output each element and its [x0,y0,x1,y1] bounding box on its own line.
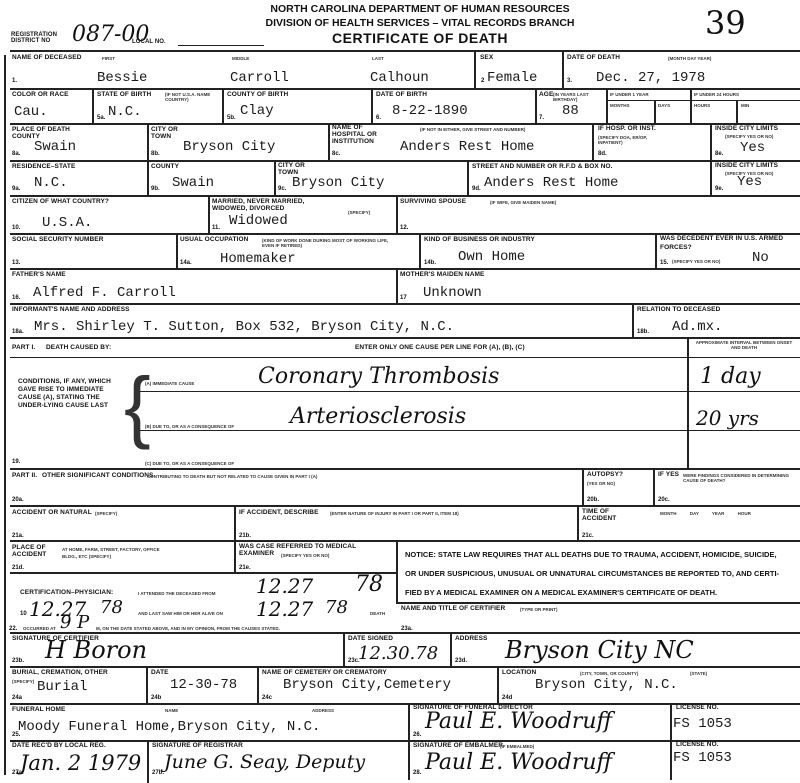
divider [497,666,499,703]
surviving-spouse-label: SURVIVING SPOUSE [400,199,466,206]
residence-county-label: COUNTY [151,164,179,171]
inside-city-sublabel: (SPECIFY YES OR NO) [725,134,773,139]
inside-city-field[interactable]: Yes [740,140,765,156]
item-21d: 21d. [12,565,24,571]
cause-line [140,391,800,392]
divider [710,123,712,195]
item-3: 3. [567,78,572,84]
registrar-signature-label: SIGNATURE OF REGISTRAR [152,743,243,750]
armed-forces-sublabel: (SPECIFY YES OR NO) [672,259,720,264]
frame-top [10,50,800,52]
divider [274,160,276,195]
attended-to-year[interactable]: 78 [100,597,123,618]
local-no-line [178,45,264,46]
residence-street-field[interactable]: Anders Rest Home [484,175,618,191]
cemetery-field[interactable]: Bryson City,Cemetery [283,677,451,693]
date-signed-label: DATE SIGNED [348,636,393,643]
item-24c: 24c [262,695,272,701]
divider [147,740,149,783]
certifier-address-label: ADDRESS [455,636,487,643]
frame-left [4,55,6,775]
hospital-sublabel: (IF NOT IN EITHER, GIVE STREET AND NUMBE… [420,127,525,132]
row-line [10,505,800,507]
divider [592,123,594,160]
hospital-label: NAME OF HOSPITAL OR INSTITUTION [332,125,387,145]
item-24a: 24a [12,695,22,701]
row-line [10,666,800,668]
sex-field[interactable]: Female [487,70,537,86]
occupation-sublabel: (KIND OF WORK DONE DURING MOST OF WORKIN… [262,238,392,248]
autopsy-sublabel: (YES OR NO) [587,481,615,486]
embalmer-signature[interactable]: Paul E. Woodruff [425,750,612,775]
residence-inside-city-field[interactable]: Yes [737,174,762,190]
date-received-field[interactable]: Jan. 2 1979 [20,751,141,775]
row-line [606,100,800,101]
notice-line-2: OR UNDER SUSPICIOUS, UNUSUAL OR UNNATURA… [405,564,779,583]
item-11: 11. [212,225,220,231]
embalmer-signature-label: SIGNATURE OF EMBALMER [413,743,503,750]
certifier-address[interactable]: Bryson City NC [505,636,694,664]
division-heading: DIVISION OF HEALTH SERVICES – VITAL RECO… [200,17,640,29]
divider [450,632,452,666]
row-line [10,160,800,162]
item-27b: 27b. [152,770,164,776]
age-sublabel: (IN YEARS LAST BIRTHDAY) [553,92,603,102]
occupation-label: USUAL OCCUPATION [180,237,248,244]
residence-county-field[interactable]: Swain [172,175,214,191]
divider [562,50,564,88]
item-20c: 20c. [658,497,670,503]
cause-a-field[interactable]: Coronary Thrombosis [258,364,499,389]
item-17: 17 [400,295,407,301]
inside-city-label: INSIDE CITY LIMITS [715,126,778,133]
first-name-field[interactable]: Bessie [97,70,147,86]
death-text: DEATH [370,611,385,616]
funeral-home-label: FUNERAL HOME [12,707,65,714]
divider [208,195,210,233]
row-line [10,123,800,125]
item-8b: 8b. [151,151,160,157]
place-of-death-city-label: CITY OR TOWN [151,127,181,141]
item-13: 13. [12,260,20,266]
item-20a: 20a. [12,497,24,503]
divider [419,233,421,268]
informant-label: INFORMANT'S NAME AND ADDRESS [12,307,130,314]
certificate-title: CERTIFICATE OF DEATH [200,30,640,46]
certifier-signature[interactable]: H Boron [45,636,147,664]
divider [582,468,584,505]
disposition-method-sublabel: (SPECIFY) [12,679,34,684]
divider [690,88,692,123]
last-seen-text: AND LAST SAW HIM OR HER ALIVE ON [138,611,223,616]
middle-name-field[interactable]: Carroll [230,70,289,86]
item-26: 26. [413,732,421,738]
item-21e: 21e. [239,565,251,571]
residence-city-field[interactable]: Bryson City [292,175,384,191]
attended-from-date[interactable]: 12.27 [256,574,313,598]
divider [328,123,330,160]
autopsy-label: AUTOPSY? [587,472,623,479]
registration-district-label: REGISTRATION DISTRICT NO [11,32,69,45]
age-field[interactable]: 88 [562,103,579,119]
last-sublabel: LAST [372,56,384,61]
row-line [396,602,800,604]
item-18b: 18b. [637,329,649,335]
hospital-field[interactable]: Anders Rest Home [400,139,534,155]
funeral-home-address-sublabel: ADDRESS [312,708,334,713]
cause-b-label: (b) DUE TO, OR AS A CONSEQUENCE OF [145,424,234,429]
row-line [10,88,800,90]
citizen-field[interactable]: U.S.A. [42,215,92,231]
item-7: 7. [539,115,544,121]
disposition-method-label: BURIAL, CREMATION, OTHER [12,670,108,677]
state-of-birth-field[interactable]: N.C. [108,104,142,120]
item-15: 15. [660,260,668,266]
date-of-birth-label: DATE OF BIRTH [376,92,427,99]
cemetery-label: NAME OF CEMETERY OR CREMATORY [262,670,387,677]
location-field[interactable]: Bryson City, N.C. [535,677,678,693]
item-6: 6. [376,115,381,121]
divider [234,540,236,572]
divider [257,666,259,703]
hosp-status-label: IF HOSP. OR INST. [598,126,656,133]
divider [92,88,94,123]
ssn-label: SOCIAL SECURITY NUMBER [12,237,104,244]
place-of-accident-label: PLACE OF ACCIDENT [12,545,52,559]
marital-status-label: MARRIED, NEVER MARRIED, WIDOWED, DIVORCE… [212,199,332,213]
relation-field[interactable]: Ad.mx. [672,319,722,335]
first-sublabel: FIRST [102,56,115,61]
item-5a: 5a. [97,115,105,121]
attended-text: I ATTENDED THE DECEASED FROM [138,591,216,596]
item-16: 16. [12,295,20,301]
place-of-accident-sublabel: AT HOME, FARM, STREET, FACTORY, OFFICE B… [62,546,172,560]
occurred-text: M, ON THE DATE STATED ABOVE, AND IN MY O… [96,626,280,631]
interval-label: APPROXIMATE INTERVAL BETWEEN ONSET AND D… [692,340,796,350]
notice-line-1: NOTICE: STATE LAW REQUIRES THAT ALL DEAT… [405,545,777,564]
row-line [10,632,800,634]
divider [653,468,655,505]
cause-b-interval[interactable]: 20 yrs [696,406,759,430]
race-field[interactable]: Cau. [14,104,48,120]
armed-forces-label: WAS DECEDENT EVER IN U.S. ARMED FORCES? [660,234,795,252]
item-24b: 24b [151,695,161,701]
relation-label: RELATION TO DECEASED [637,307,720,314]
date-of-death-label: DATE OF DEATH [567,55,620,62]
item-14b: 14b. [424,260,436,266]
certifier-name-label: NAME AND TITLE OF CERTIFIER [401,606,505,613]
time-of-accident-label: TIME OF ACCIDENT [582,509,622,523]
divider [632,303,634,337]
row-line [10,268,800,270]
row-line [10,540,800,542]
time-of-accident-sublabel: MONTH DAY YEAR HOUR [660,511,751,516]
days-label: DAYS [658,103,670,108]
disposition-method-field[interactable]: Burial [37,679,87,695]
item-23d: 23d. [455,658,467,664]
embalmer-signature-sublabel: (IF EMBALMED) [500,744,534,749]
other-conditions-label: OTHER SIGNIFICANT CONDITIONS [42,473,154,480]
location-sublabel: (CITY, TOWN, OR COUNTY) [580,671,638,676]
last-seen-year[interactable]: 78 [325,597,348,618]
divider [396,195,398,233]
item-21b: 21b. [239,533,251,539]
accident-describe-sublabel: (ENTER NATURE OF INJURY IN PART I OR PAR… [330,511,459,516]
occupation-field[interactable]: Homemaker [220,251,296,267]
item-9b: 9b. [151,186,160,192]
divider [222,88,224,123]
name-label: NAME OF DECEASED [12,55,82,62]
last-seen-date[interactable]: 12.27 [256,597,313,621]
registrar-signature[interactable]: June G. Seay, Deputy [164,751,365,773]
item-1: 1. [12,78,17,84]
referred-to-me-sublabel: (SPECIFY YES OR NO) [281,553,329,558]
attended-from-year[interactable]: 78 [355,572,383,597]
divider [654,100,656,123]
row-line [10,572,396,574]
director-signature[interactable]: Paul E. Woodruff [425,709,612,734]
item-5b: 5b. [227,115,236,121]
hours-label: HOURS [694,103,710,108]
part-1-label: PART I. [12,345,35,352]
conditions-label: CONDITIONS, IF ANY, WHICH GAVE RISE TO I… [18,378,123,411]
divider [234,505,236,540]
county-of-birth-field[interactable]: Clay [240,103,274,119]
date-of-death-field[interactable]: Dec. 27, 1978 [596,70,705,86]
accident-natural-sublabel: (SPECIFY) [95,511,117,516]
divider [147,160,149,195]
item-9e: 9e. [715,186,723,192]
divider [147,123,149,160]
disposition-date-label: DATE [151,670,169,677]
age-label: AGE [539,92,553,99]
cause-b-field[interactable]: Arteriosclerosis [290,404,466,429]
county-of-birth-label: COUNTY OF BIRTH [227,92,288,99]
embalmer-license-label: LICENSE NO. [676,742,719,749]
part-2-label: PART II. [12,473,37,480]
row-line [10,303,800,305]
item-21c: 21c. [582,533,594,539]
if-yes-label: IF YES [658,472,679,479]
accident-natural-label: ACCIDENT OR NATURAL [12,510,92,517]
certification-label: CERTIFICATION–PHYSICIAN: [20,590,113,597]
residence-state-field[interactable]: N.C. [34,175,68,191]
item-9d: 9d. [472,186,481,192]
row-line [10,337,800,339]
item-28: 28. [413,770,421,776]
divider [396,540,398,602]
item-10: 10. [12,225,20,231]
row-line [10,195,800,197]
death-caused-by-label: DEATH CAUSED BY: [46,345,111,352]
item-9c: 9c. [278,186,286,192]
item-8c: 8c. [332,151,340,157]
brace-icon: { [124,366,151,446]
cause-a-interval[interactable]: 1 day [700,364,761,389]
place-of-death-county-field[interactable]: Swain [34,139,76,155]
divider [176,233,178,268]
middle-sublabel: MIDDLE [232,56,249,61]
local-no-label: LOCAL NO. [132,39,166,45]
divider [535,88,537,123]
surviving-spouse-sublabel: (IF WIFE, GIVE MAIDEN NAME) [490,200,556,205]
citizen-label: CITIZEN OF WHAT COUNTRY? [12,199,109,206]
row-line [10,357,800,358]
funeral-home-name-sublabel: NAME [165,708,178,713]
accident-describe-label: IF ACCIDENT, DESCRIBE [239,510,319,517]
state-of-birth-label: STATE OF BIRTH [97,92,151,99]
date-signed-field[interactable]: 12.30.78 [358,643,438,664]
item-18a: 18a. [12,329,24,335]
if-yes-sublabel: WERE FINDINGS CONSIDERED IN DETERMINING … [683,473,793,483]
divider [577,505,579,540]
divider [736,100,738,123]
disposition-date-field[interactable]: 12-30-78 [170,677,237,693]
certificate-number: 39 [705,4,746,42]
mother-name-label: MOTHER'S MAIDEN NAME [400,272,484,279]
department-heading: NORTH CAROLINA DEPARTMENT OF HUMAN RESOU… [200,3,640,15]
mother-name-field[interactable]: Unknown [423,285,482,301]
funeral-home-field[interactable]: Moody Funeral Home,Bryson City, N.C. [18,719,320,735]
business-label: KIND OF BUSINESS OR INDUSTRY [424,237,535,244]
occurred-at-field[interactable]: 9 P [60,612,89,633]
divider [343,632,345,666]
location-state-sublabel: (STATE) [690,671,707,676]
director-license-label: LICENSE NO. [676,705,719,712]
father-name-field[interactable]: Alfred F. Carroll [33,285,176,301]
row-line [10,468,800,470]
divider [371,88,373,123]
occurred-at-label: OCCURRED AT [23,626,56,631]
cause-line [140,430,800,431]
father-name-label: FATHER'S NAME [12,272,66,279]
armed-forces-field[interactable]: No [752,250,769,266]
notice-line-3: FIED BY A MEDICAL EXAMINER ON A MEDICAL … [405,583,717,602]
months-label: MONTHS [610,103,630,108]
item-23b: 23b. [12,658,24,664]
residence-street-label: STREET AND NUMBER OR R.F.D & BOX NO. [472,164,613,171]
item-20b: 20b. [587,497,599,503]
business-field[interactable]: Own Home [458,249,525,265]
sex-label: SEX [480,55,493,62]
date-of-birth-field[interactable]: 8-22-1890 [392,103,468,119]
divider [606,88,608,123]
item-8a: 8a. [12,151,20,157]
divider [474,50,476,88]
date-of-death-sublabel: (MONTH DAY YEAR) [668,56,711,61]
divider [467,160,469,195]
last-name-field[interactable]: Calhoun [370,70,429,86]
location-label: LOCATION [502,670,536,677]
item-8d: 8d. [598,151,607,157]
min-label: MIN [741,103,749,108]
hosp-status-sublabel: (SPECIFY DOA, ER/OP, INPATIENT) [598,135,668,145]
place-of-death-city-field[interactable]: Bryson City [183,139,275,155]
item-9a: 9a. [12,186,20,192]
item-14a: 14a. [180,260,192,266]
residence-state-label: RESIDENCE–STATE [12,164,75,171]
divider [396,268,398,303]
item-24d: 24d [502,695,512,701]
cause-instruction: ENTER ONLY ONE CAUSE PER LINE FOR (a), (… [355,345,525,352]
certifier-name-sublabel: (TYPE OR PRINT) [520,607,558,612]
marital-status-sublabel: (SPECIFY) [348,210,370,215]
cause-c-label: (c) DUE TO, OR AS A CONSEQUENCE OF [145,461,234,466]
divider [146,666,148,703]
divider [655,233,657,268]
state-of-birth-sublabel: (IF NOT U.S.A. NAME COUNTRY) [165,92,220,102]
marital-status-field[interactable]: Widowed [229,213,288,229]
race-label: COLOR OR RACE [12,92,69,99]
other-conditions-sublabel: CONTRIBUTING TO DEATH BUT NOT RELATED TO… [147,474,317,479]
informant-field[interactable]: Mrs. Shirley T. Sutton, Box 532, Bryson … [34,319,454,335]
item-21a: 21a. [12,533,24,539]
under-24-hours-label: IF UNDER 24 HOURS [694,92,739,97]
embalmer-license-field[interactable]: FS 1053 [673,750,732,766]
item-8e: 8e. [715,151,723,157]
residence-inside-city-label: INSIDE CITY LIMITS [715,163,778,170]
item-12: 12. [400,225,408,231]
item-19: 19. [12,459,20,465]
director-license-field[interactable]: FS 1053 [673,716,732,732]
item-2: 2 [481,78,484,84]
under-1-year-label: IF UNDER 1 YEAR [610,92,649,97]
date-received-label: DATE REC'D BY LOCAL REG. [12,743,106,750]
cause-a-label: (a) IMMEDIATE CAUSE [145,381,194,386]
